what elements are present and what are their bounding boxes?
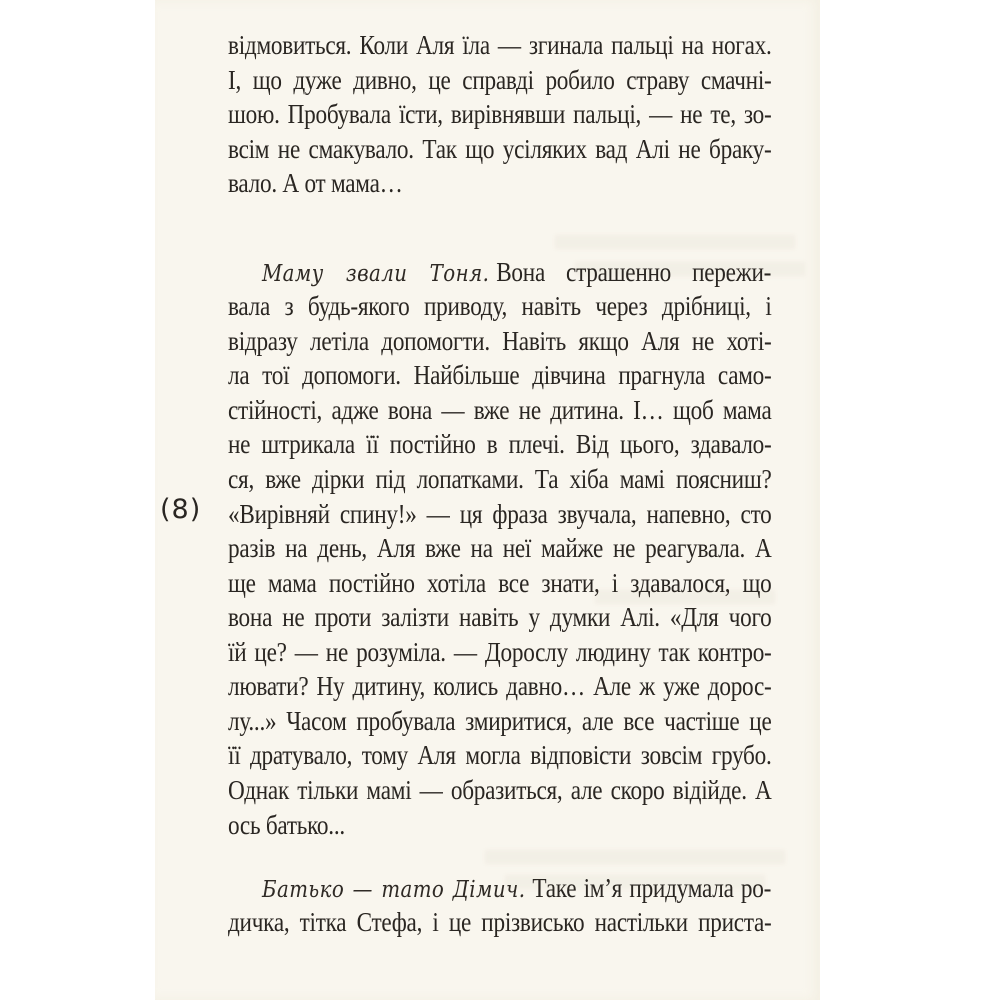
text-line: вало. А от мама… <box>228 165 772 201</box>
text-line: всім не смакувало. Так що усіляких вад А… <box>228 131 772 167</box>
text-line: не штрикала її постійно в плечі. Від цьо… <box>228 426 772 462</box>
text-line: стійності, адже вона — вже не дитина. І…… <box>228 392 772 428</box>
text-line: вона не проти залізти навіть у думки Алі… <box>228 599 772 635</box>
show-through-text <box>485 850 785 864</box>
page-number: (8) <box>160 494 201 525</box>
text-line: її дратувало, тому Аля могла відповісти … <box>228 737 772 773</box>
show-through-text <box>555 235 795 249</box>
text-line: їй це? — не розуміла. — Дорослу людину т… <box>228 634 772 670</box>
text-line: відмовиться. Коли Аля їла — згинала паль… <box>228 27 772 63</box>
paragraph-first-line: Батько — тато Дімич.Таке ім’я придумала … <box>262 870 771 906</box>
text-line: дичка, тітка Стефа, і це прізвисько наст… <box>228 904 772 940</box>
script-heading: Маму звали Тоня. <box>262 261 489 287</box>
text-line: лу...» Часом пробувала змиритися, але вс… <box>228 703 772 739</box>
text-line: ся, вже дірки під лопатками. Та хіба мам… <box>228 461 772 497</box>
paragraph-first-line: Маму звали Тоня.Вона страшенно пережи- <box>262 254 771 290</box>
text-line: ще мама постійно хотіла все знати, і зда… <box>228 565 772 601</box>
text-line: разів на день, Аля вже на неї майже не р… <box>228 530 772 566</box>
text-line: вала з будь-якого приводу, навіть через … <box>228 288 772 324</box>
text-line: ось батько... <box>228 807 772 843</box>
text-run: Вона страшенно пережи- <box>496 257 771 287</box>
text-run: Таке ім’я придумала ро- <box>532 873 771 903</box>
text-line: шою. Пробувала їсти, вирівнявши пальці, … <box>228 96 772 132</box>
text-line: Однак тільки мамі — образиться, але скор… <box>228 772 772 808</box>
script-heading: Батько — тато Дімич. <box>262 877 525 903</box>
text-line: ла тої допомоги. Найбільше дівчина прагн… <box>228 357 772 393</box>
text-line: лювати? Ну дитину, колись давно… Але ж у… <box>228 668 772 704</box>
text-line: І, що дуже дивно, це справді робило стра… <box>228 62 772 98</box>
text-line: відразу летіла допомогти. Навіть якщо Ал… <box>228 323 772 359</box>
text-line: «Вирівняй спину!» — ця фраза звучала, на… <box>228 496 772 532</box>
